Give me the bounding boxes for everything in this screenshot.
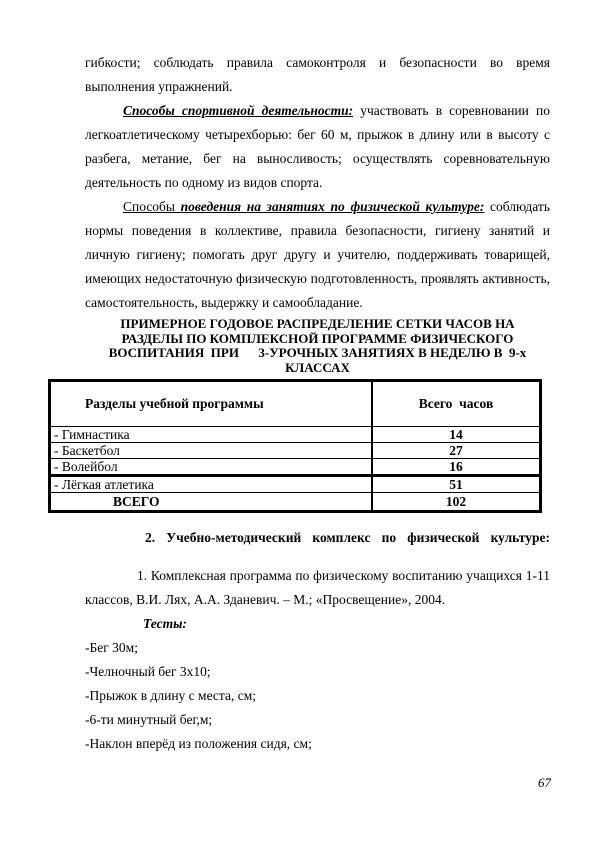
row-hours: 14 (372, 427, 541, 443)
table-row-athletics: - Лёгкая атлетика 51 (50, 476, 541, 493)
test-item-long-jump: -Прыжок в длину с места, см; (85, 684, 550, 708)
bibliography-item: 1. Комплексная программа по физическому … (85, 564, 550, 612)
row-hours: 51 (372, 476, 541, 493)
test-item-run-30m: -Бег 30м; (85, 636, 550, 660)
table-row-gymnastics: - Гимнастика 14 (50, 427, 541, 443)
column-header-total-hours: Всего часов (372, 381, 541, 427)
table-row-volleyball: - Волейбол 16 (50, 459, 541, 476)
column-header-sections: Разделы учебной программы (50, 381, 373, 427)
document-page: гибкости; соблюдать правила самоконтроля… (0, 0, 595, 842)
title-line-3: ВОСПИТАНИЯ ПРИ 3-УРОЧНЫХ ЗАНЯТИЯХ В НЕДЕ… (85, 346, 550, 361)
sports-activity-paragraph: Способы спортивной деятельности: участво… (85, 99, 550, 195)
total-hours: 102 (372, 493, 541, 512)
tests-label: Тесты: (143, 612, 550, 636)
test-item-6min-run: -6-ти минутный бег,м; (85, 708, 550, 732)
page-number: 67 (538, 775, 551, 791)
hours-table: Разделы учебной программы Всего часов - … (48, 379, 542, 513)
test-item-shuttle-run: -Челночный бег 3х10; (85, 660, 550, 684)
table-row-basketball: - Баскетбол 27 (50, 443, 541, 459)
row-hours: 16 (372, 459, 541, 476)
row-label: - Баскетбол (50, 443, 373, 459)
behavior-lead-phrase: поведения на занятиях по физической куль… (181, 199, 485, 214)
continuation-paragraph: гибкости; соблюдать правила самоконтроля… (85, 51, 550, 99)
test-item-forward-bend: -Наклон вперёд из положения сидя, см; (85, 732, 550, 756)
title-line-2: РАЗДЕЛЫ ПО КОМПЛЕКСНОЙ ПРОГРАММЕ ФИЗИЧЕС… (85, 332, 550, 347)
row-label: - Гимнастика (50, 427, 373, 443)
sports-activity-lead: Способы спортивной деятельности: (123, 103, 353, 118)
row-label: - Лёгкая атлетика (50, 476, 373, 493)
behavior-lead-word: Способы (123, 199, 181, 214)
row-label: - Волейбол (50, 459, 373, 476)
page-content: гибкости; соблюдать правила самоконтроля… (85, 51, 550, 756)
title-line-1: ПРИМЕРНОЕ ГОДОВОЕ РАСПРЕДЕЛЕНИЕ СЕТКИ ЧА… (85, 317, 550, 332)
row-hours: 27 (372, 443, 541, 459)
behavior-paragraph: Способы поведения на занятиях по физичес… (85, 195, 550, 315)
hours-table-title: ПРИМЕРНОЕ ГОДОВОЕ РАСПРЕДЕЛЕНИЕ СЕТКИ ЧА… (85, 317, 550, 375)
column-header-total-hours-label: Всего часов (419, 396, 494, 411)
section-2-heading: 2. Учебно-методический комплекс по физич… (85, 526, 550, 550)
total-label: ВСЕГО (50, 493, 373, 512)
behavior-text: соблюдать нормы поведения в коллективе, … (85, 199, 550, 310)
table-header-row: Разделы учебной программы Всего часов (50, 381, 541, 427)
table-total-row: ВСЕГО 102 (50, 493, 541, 512)
title-line-4: КЛАССАХ (85, 361, 550, 376)
